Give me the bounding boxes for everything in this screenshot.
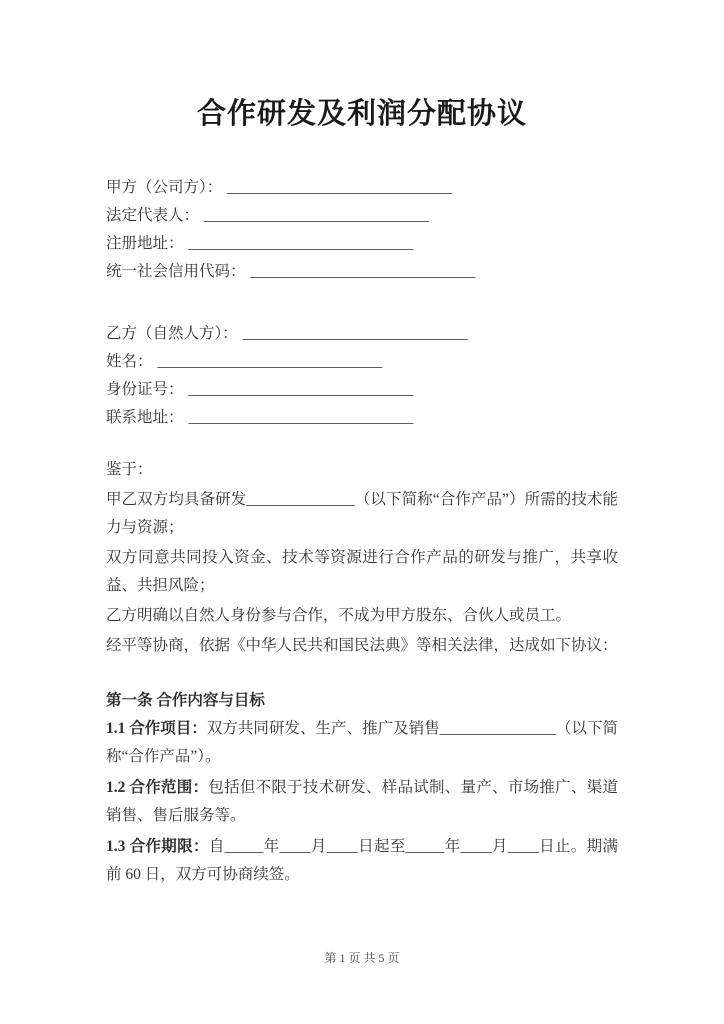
section-one: 第一条 合作内容与目标 1.1 合作项目：双方共同研发、生产、推广及销售____… — [106, 687, 618, 889]
field-row: 法定代表人：_____________________________ — [106, 202, 618, 230]
field-row: 统一社会信用代码：_____________________________ — [106, 258, 618, 286]
field-label: 身份证号： — [106, 381, 184, 398]
field-label: 法定代表人： — [106, 207, 199, 224]
party-b-section: 乙方（自然人方）：_____________________________ 姓… — [106, 320, 618, 432]
field-row: 联系地址：_____________________________ — [106, 404, 618, 432]
recital-paragraph: 甲乙双方均具备研发______________（以下简称“合作产品”）所需的技术… — [106, 486, 618, 542]
field-blank-line[interactable]: _____________________________ — [243, 325, 468, 342]
recital-paragraph: 双方同意共同投入资金、技术等资源进行合作产品的研发与推广，共享收益、共担风险； — [106, 544, 618, 600]
field-label: 注册地址： — [106, 235, 184, 252]
field-blank-line[interactable]: _____________________________ — [189, 381, 414, 398]
field-row: 乙方（自然人方）：_____________________________ — [106, 320, 618, 348]
field-blank-line[interactable]: _____________________________ — [227, 179, 452, 196]
field-blank-line[interactable]: _____________________________ — [251, 263, 476, 280]
recitals-section: 鉴于： 甲乙双方均具备研发______________（以下简称“合作产品”）所… — [106, 456, 618, 660]
field-blank-line[interactable]: _____________________________ — [204, 207, 429, 224]
clause-paragraph: 1.1 合作项目：双方共同研发、生产、推广及销售_______________（… — [106, 715, 618, 771]
document-page: 合作研发及利润分配协议 甲方（公司方）：____________________… — [0, 0, 724, 1024]
clause-number-label: 1.2 合作范围： — [106, 779, 208, 796]
field-row: 姓名：_____________________________ — [106, 348, 618, 376]
page-footer: 第 1 页 共 5 页 — [0, 950, 724, 966]
field-blank-line[interactable]: _____________________________ — [189, 235, 414, 252]
recital-paragraph: 经平等协商，依据《中华人民共和国民法典》等相关法律，达成如下协议： — [106, 632, 618, 660]
field-blank-line[interactable]: _____________________________ — [158, 353, 383, 370]
page-number: 第 1 页 共 5 页 — [324, 951, 399, 965]
clause-paragraph: 1.2 合作范围：包括但不限于技术研发、样品试制、量产、市场推广、渠道销售、售后… — [106, 774, 618, 830]
clause-paragraph: 1.3 合作期限：自_____年____月____日起至_____年____月_… — [106, 833, 618, 889]
party-a-section: 甲方（公司方）：_____________________________ 法定… — [106, 174, 618, 286]
field-blank-line[interactable]: _____________________________ — [189, 409, 414, 426]
recitals-heading: 鉴于： — [106, 456, 618, 484]
field-row: 身份证号：_____________________________ — [106, 376, 618, 404]
field-row: 甲方（公司方）：_____________________________ — [106, 174, 618, 202]
clause-number-label: 1.3 合作期限： — [106, 838, 209, 855]
section-one-heading: 第一条 合作内容与目标 — [106, 687, 618, 715]
field-label: 统一社会信用代码： — [106, 263, 246, 280]
document-title: 合作研发及利润分配协议 — [106, 96, 618, 132]
field-label: 联系地址： — [106, 409, 184, 426]
field-row: 注册地址：_____________________________ — [106, 230, 618, 258]
field-label: 甲方（公司方）： — [106, 179, 222, 196]
field-label: 乙方（自然人方）： — [106, 325, 238, 342]
field-label: 姓名： — [106, 353, 153, 370]
recital-paragraph: 乙方明确以自然人身份参与合作，不成为甲方股东、合伙人或员工。 — [106, 602, 618, 630]
clause-number-label: 1.1 合作项目： — [106, 720, 207, 737]
